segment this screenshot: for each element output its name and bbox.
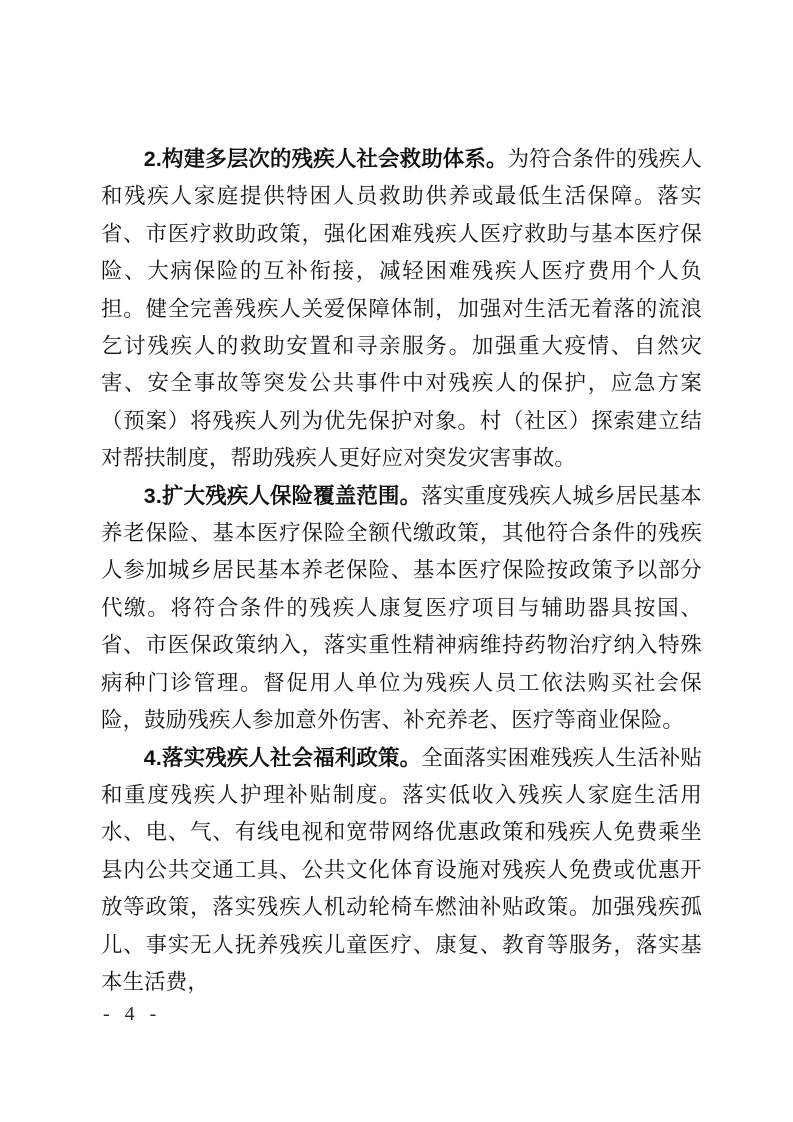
document-body: 2.构建多层次的残疾人社会救助体系。为符合条件的残疾人和残疾人家庭提供特困人员救… [101,141,702,1001]
document-page: 2.构建多层次的残疾人社会救助体系。为符合条件的残疾人和残疾人家庭提供特困人员救… [0,0,793,1122]
paragraph-item-4: 4.落实残疾人社会福利政策。全面落实困难残疾人生活补贴和重度残疾人护理补贴制度。… [101,740,702,1002]
paragraph-item-2-text: 为符合条件的残疾人和残疾人家庭提供特困人员救助供养或最低生活保障。落实省、市医疗… [101,147,702,470]
paragraph-item-3-text: 落实重度残疾人城乡居民基本养老保险、基本医疗保险全额代缴政策，其他符合条件的残疾… [101,484,702,732]
paragraph-item-3-heading: 3.扩大残疾人保险覆盖范围。 [144,484,421,508]
paragraph-item-2: 2.构建多层次的残疾人社会救助体系。为符合条件的残疾人和残疾人家庭提供特困人员救… [101,141,702,478]
paragraph-item-4-text: 全面落实困难残疾人生活补贴和重度残疾人护理补贴制度。落实低收入残疾人家庭生活用水… [101,746,702,994]
paragraph-item-3: 3.扩大残疾人保险覆盖范围。落实重度残疾人城乡居民基本养老保险、基本医疗保险全额… [101,478,702,740]
page-number: - 4 - [103,1003,161,1026]
paragraph-item-2-heading: 2.构建多层次的残疾人社会救助体系。 [144,147,508,171]
paragraph-item-4-heading: 4.落实残疾人社会福利政策。 [144,746,421,770]
